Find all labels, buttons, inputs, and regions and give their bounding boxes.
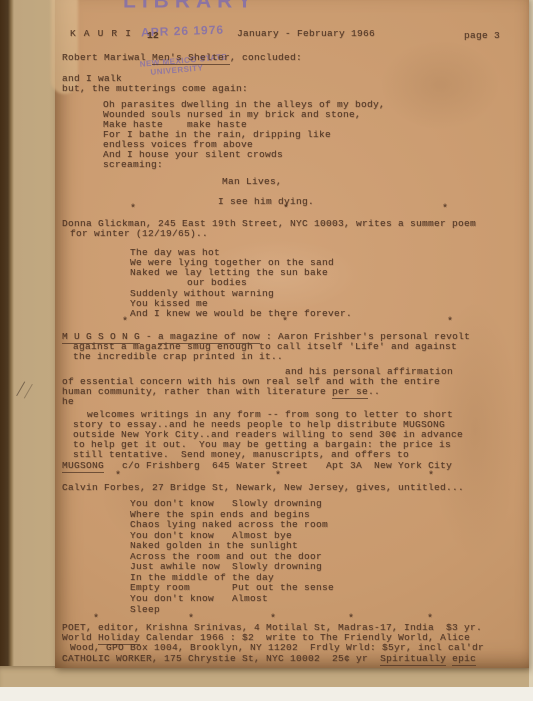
- text-segment: Robert Mariwal: [62, 52, 152, 63]
- typewritten-line: Man Lives,: [222, 177, 282, 187]
- masthead-title: K A U R I: [70, 29, 132, 39]
- typewritten-line: Sleep: [130, 605, 160, 615]
- typewritten-line: Just awhile now Slowly drowning: [130, 562, 322, 572]
- typewritten-line: CATHOLIC WORKER, 175 Chrystie St, NYC 10…: [62, 654, 476, 664]
- typewritten-line: Robert Mariwal Men's Shelter, concluded:: [62, 53, 302, 63]
- typewritten-line: but, the mutterings come again:: [62, 84, 248, 94]
- typewritten-line: he: [62, 397, 74, 407]
- typewritten-line: You don't know Slowly drowning: [130, 499, 322, 509]
- typewritten-line: Calvin Forbes, 27 Bridge St, Newark, New…: [62, 483, 464, 493]
- separator-asterisk: *: [447, 318, 453, 328]
- underlined-text: Spiritually: [380, 653, 446, 666]
- typewritten-line: Empty room Put out the sense: [130, 583, 334, 593]
- typewritten-line: Naked golden in the sunlight: [130, 541, 298, 551]
- typewritten-line: MUGSONG c/o Frishberg 645 Water Street A…: [62, 461, 452, 471]
- typewritten-line: our bodies: [187, 278, 247, 288]
- typewritten-line: still tentative. Send money, manuscripts…: [73, 450, 409, 460]
- scan-white-strip: [0, 687, 533, 701]
- typewritten-line: I see him dying.: [218, 197, 314, 207]
- text-segment: c/o Frishberg 645 Water Street Apt 3A Ne…: [104, 460, 452, 471]
- underlined-text: per se: [332, 386, 368, 399]
- text-segment: , concluded:: [230, 52, 302, 63]
- typewritten-line: Chaos lying naked across the room: [130, 520, 328, 530]
- separator-asterisk: *: [275, 472, 281, 482]
- page-number-label: page 3: [464, 31, 500, 41]
- text-segment: CATHOLIC WORKER, 175 Chrystie St, NYC 10…: [62, 653, 380, 664]
- text-segment: human community, rather than with litera…: [62, 386, 332, 397]
- underlined-text: epic: [452, 653, 476, 666]
- typewritten-line: Wood, GPO Box 1004, Brooklyn, NY 11202 F…: [70, 643, 484, 653]
- typewritten-line: for winter (12/19/65)..: [70, 229, 208, 239]
- scanned-zine-page: LIBRARY APR 26 1976 NEW MEXICO STATE UNI…: [0, 0, 533, 701]
- text-segment: ..: [368, 386, 380, 397]
- issue-date-range: January - February 1966: [237, 29, 375, 39]
- separator-asterisk: *: [130, 205, 136, 215]
- typewritten-line: the incredible crap printed in it..: [73, 352, 283, 362]
- scan-backing-left: [0, 0, 56, 701]
- typewritten-line: And I knew we would be there forever.: [130, 309, 352, 319]
- issue-number: 12: [147, 31, 159, 41]
- typewritten-line: screaming:: [103, 160, 163, 170]
- separator-asterisk: *: [115, 472, 121, 482]
- separator-asterisk: *: [282, 318, 288, 328]
- scan-right-edge: [529, 0, 533, 687]
- underlined-text: MUGSONG: [62, 460, 104, 473]
- separator-asterisk: *: [428, 472, 434, 482]
- separator-asterisk: *: [122, 318, 128, 328]
- separator-asterisk: *: [442, 205, 448, 215]
- typewritten-line: You don't know Almost: [130, 594, 268, 604]
- underlined-text: Men's Shelter: [152, 52, 230, 65]
- separator-asterisk: *: [283, 205, 289, 215]
- typewritten-line: human community, rather than with litera…: [62, 387, 380, 397]
